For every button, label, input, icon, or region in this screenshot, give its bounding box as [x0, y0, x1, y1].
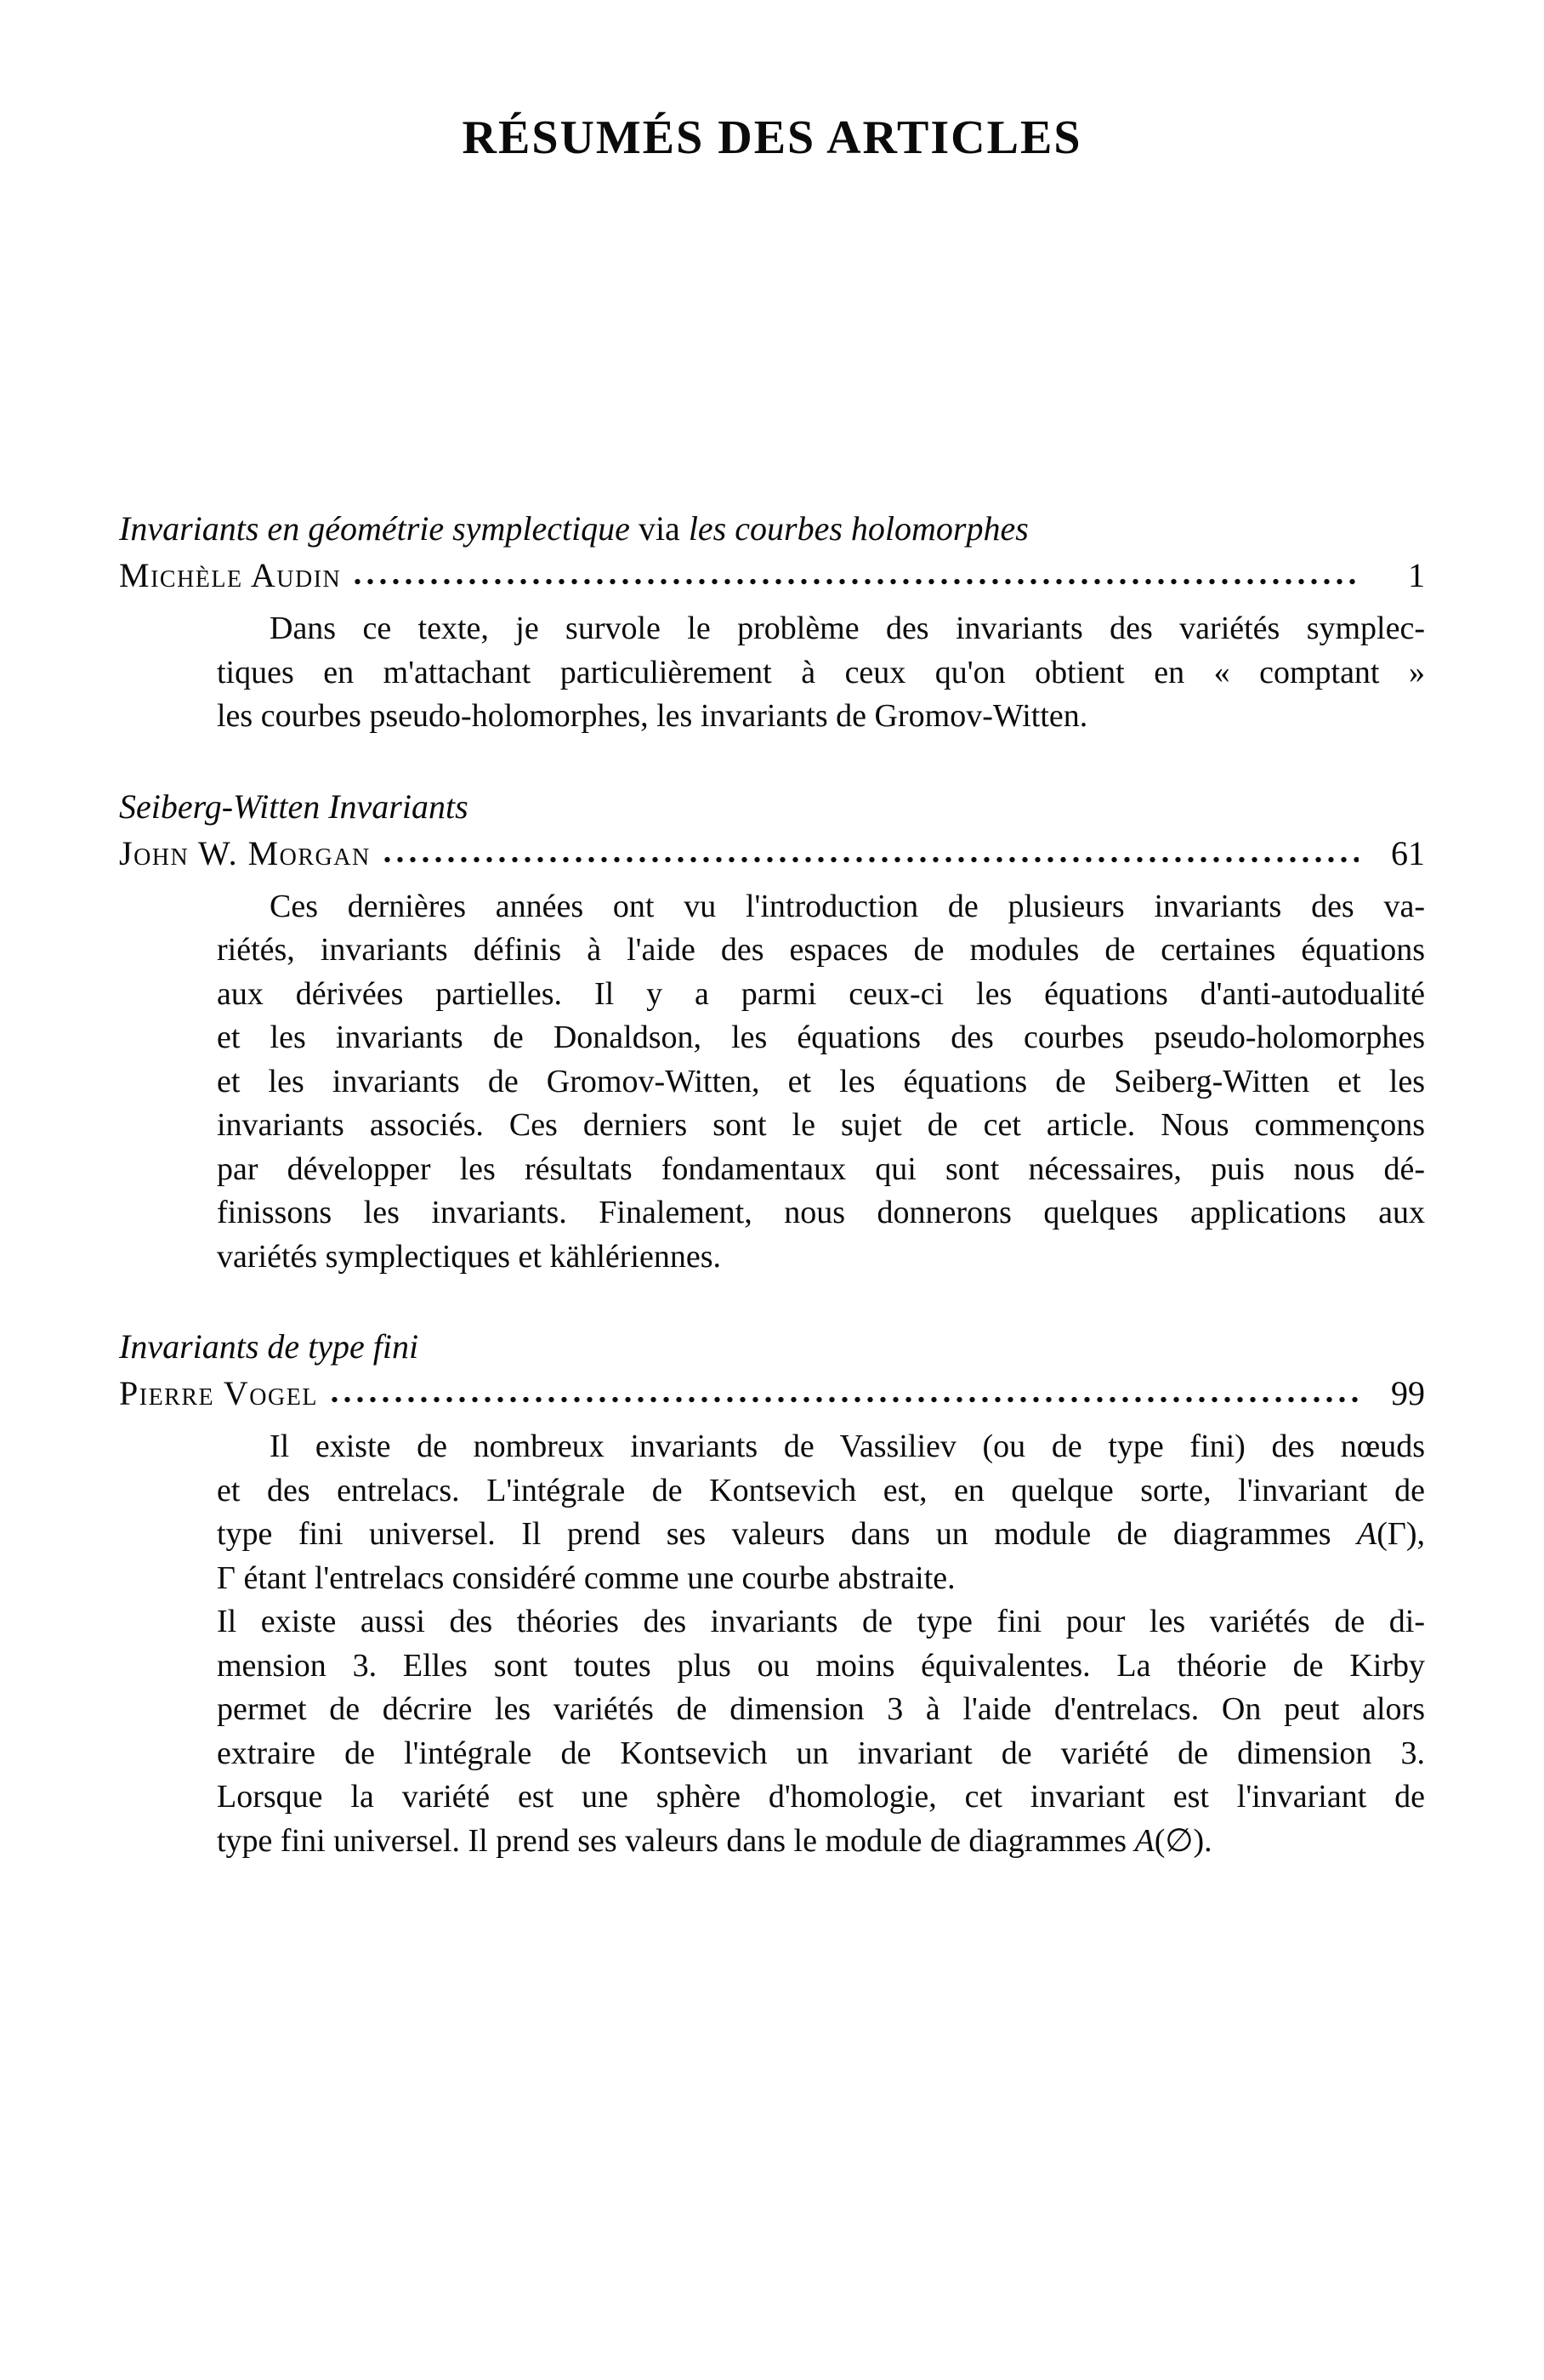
abstract-line: Lorsque la variété est une sphère d'homo… [217, 1775, 1425, 1820]
document-page: RÉSUMÉS DES ARTICLES Invariants en géomé… [0, 0, 1544, 2380]
page-title: RÉSUMÉS DES ARTICLES [119, 111, 1425, 165]
dot-leader [377, 836, 1359, 865]
article-title: Invariants en géométrie symplectique via… [119, 505, 1425, 552]
abstract-text: Dans ce texte, je survole le problème de… [217, 607, 1425, 739]
abstract-line: Dans ce texte, je survole le problème de… [217, 607, 1425, 651]
abstract-line: Il existe de nombreux invariants de Vass… [217, 1425, 1425, 1469]
title-run: Invariants en géométrie symplectique [119, 509, 639, 548]
page-number: 99 [1369, 1370, 1425, 1417]
abstract-line: riétés, invariants définis à l'aide des … [217, 929, 1425, 973]
dot-leader [325, 1376, 1359, 1405]
author-row: John W. Morgan 61 [119, 830, 1425, 877]
title-run: via [639, 509, 689, 548]
article-title: Seiberg-Witten Invariants [119, 783, 1425, 830]
author-row: Pierre Vogel 99 [119, 1370, 1425, 1417]
toc-entry: Invariants en géométrie symplectique via… [119, 505, 1425, 739]
abstract-line: finissons les invariants. Finalement, no… [217, 1191, 1425, 1235]
abstract-line: par développer les résultats fondamentau… [217, 1148, 1425, 1192]
author-name: John W. Morgan [119, 830, 371, 877]
author-name: Michèle Audin [119, 552, 341, 599]
table-of-contents: Invariants en géométrie symplectique via… [119, 505, 1425, 1863]
abstract-line: permet de décrire les variétés de dimens… [217, 1688, 1425, 1732]
abstract-line: Γ étant l'entrelacs considéré comme une … [217, 1557, 1425, 1601]
page-number: 61 [1369, 830, 1425, 877]
toc-entry: Invariants de type fini Pierre Vogel 99 … [119, 1323, 1425, 1863]
abstract-line: mension 3. Elles sont toutes plus ou moi… [217, 1644, 1425, 1689]
math-script-A: A [1357, 1516, 1377, 1552]
abstract-line: type fini universel. Il prend ses valeur… [217, 1820, 1425, 1864]
abstract-text: Il existe de nombreux invariants de Vass… [217, 1425, 1425, 1863]
title-run: Invariants de type fini [119, 1327, 418, 1366]
abstract-line: variétés symplectiques et kählériennes. [217, 1235, 1425, 1280]
title-run: les courbes holomorphes [689, 509, 1029, 548]
author-row: Michèle Audin 1 [119, 552, 1425, 599]
abstract-text: Ces dernières années ont vu l'introducti… [217, 885, 1425, 1280]
abstract-line: Ces dernières années ont vu l'introducti… [217, 885, 1425, 929]
dot-leader [348, 558, 1359, 587]
abstract-line: et des entrelacs. L'intégrale de Kontsev… [217, 1469, 1425, 1514]
abstract-line: Il existe aussi des théories des invaria… [217, 1600, 1425, 1644]
abstract-line: aux dérivées partielles. Il y a parmi ce… [217, 973, 1425, 1017]
abstract-line: type fini universel. Il prend ses valeur… [217, 1513, 1425, 1557]
abstract-line: tiques en m'attachant particulièrement à… [217, 651, 1425, 696]
abstract-line: invariants associés. Ces derniers sont l… [217, 1104, 1425, 1148]
abstract-line: et les invariants de Gromov-Witten, et l… [217, 1060, 1425, 1105]
math-script-A: A [1135, 1823, 1155, 1859]
title-run: Seiberg-Witten Invariants [119, 787, 468, 826]
abstract-line: et les invariants de Donaldson, les équa… [217, 1016, 1425, 1060]
abstract-line: extraire de l'intégrale de Kontsevich un… [217, 1732, 1425, 1776]
article-title: Invariants de type fini [119, 1323, 1425, 1370]
toc-entry: Seiberg-Witten Invariants John W. Morgan… [119, 783, 1425, 1280]
author-name: Pierre Vogel [119, 1370, 318, 1417]
abstract-line: les courbes pseudo-holomorphes, les inva… [217, 695, 1425, 739]
page-number: 1 [1369, 552, 1425, 599]
